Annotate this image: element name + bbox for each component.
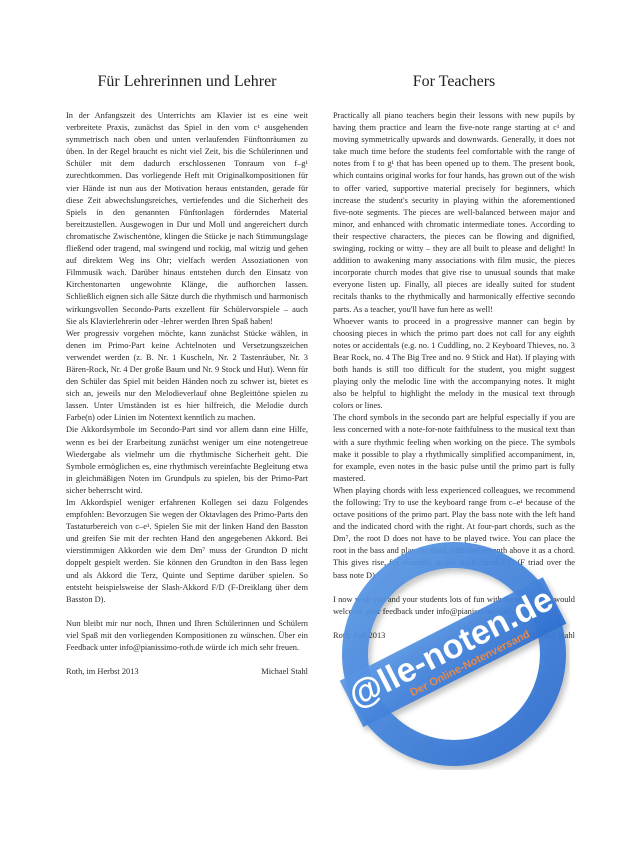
english-paragraph-4: When playing chords with less experience… [333,485,575,582]
english-signature-name: Michael Stahl [528,630,575,642]
german-signature: Roth, im Herbst 2013 Michael Stahl [66,666,308,678]
german-paragraph-3: Die Akkordsymbole im Secondo-Part sind v… [66,424,308,497]
english-paragraph-2: Whoever wants to proceed in a progressiv… [333,316,575,413]
english-paragraph-3: The chord symbols in the secondo part ar… [333,412,575,485]
english-body: Practically all piano teachers begin the… [333,110,575,618]
german-paragraph-1: In der Anfangszeit des Unterrichts am Kl… [66,110,308,328]
german-paragraph-5: Nun bleibt mir nur noch, Ihnen und Ihren… [66,618,308,654]
german-signature-name: Michael Stahl [261,666,308,678]
german-body: In der Anfangszeit des Unterrichts am Kl… [66,110,308,654]
german-signature-place: Roth, im Herbst 2013 [66,666,139,678]
english-paragraph-1: Practically all piano teachers begin the… [333,110,575,316]
english-signature: Roth, Fall 2013 Michael Stahl [333,630,575,642]
english-column: For Teachers Practically all piano teach… [333,72,575,642]
german-paragraph-2: Wer progressiv vorgehen möchte, kann zun… [66,328,308,425]
german-paragraph-4: Im Akkordspiel weniger erfahrenen Kolleg… [66,497,308,606]
german-title: Für Lehrerinnen und Lehrer [66,72,308,92]
german-column: Für Lehrerinnen und Lehrer In der Anfang… [66,72,308,678]
english-signature-place: Roth, Fall 2013 [333,630,385,642]
english-paragraph-5: I now wish you and your students lots of… [333,594,575,618]
english-title: For Teachers [333,72,575,92]
document-page: Für Lehrerinnen und Lehrer In der Anfang… [0,0,640,848]
